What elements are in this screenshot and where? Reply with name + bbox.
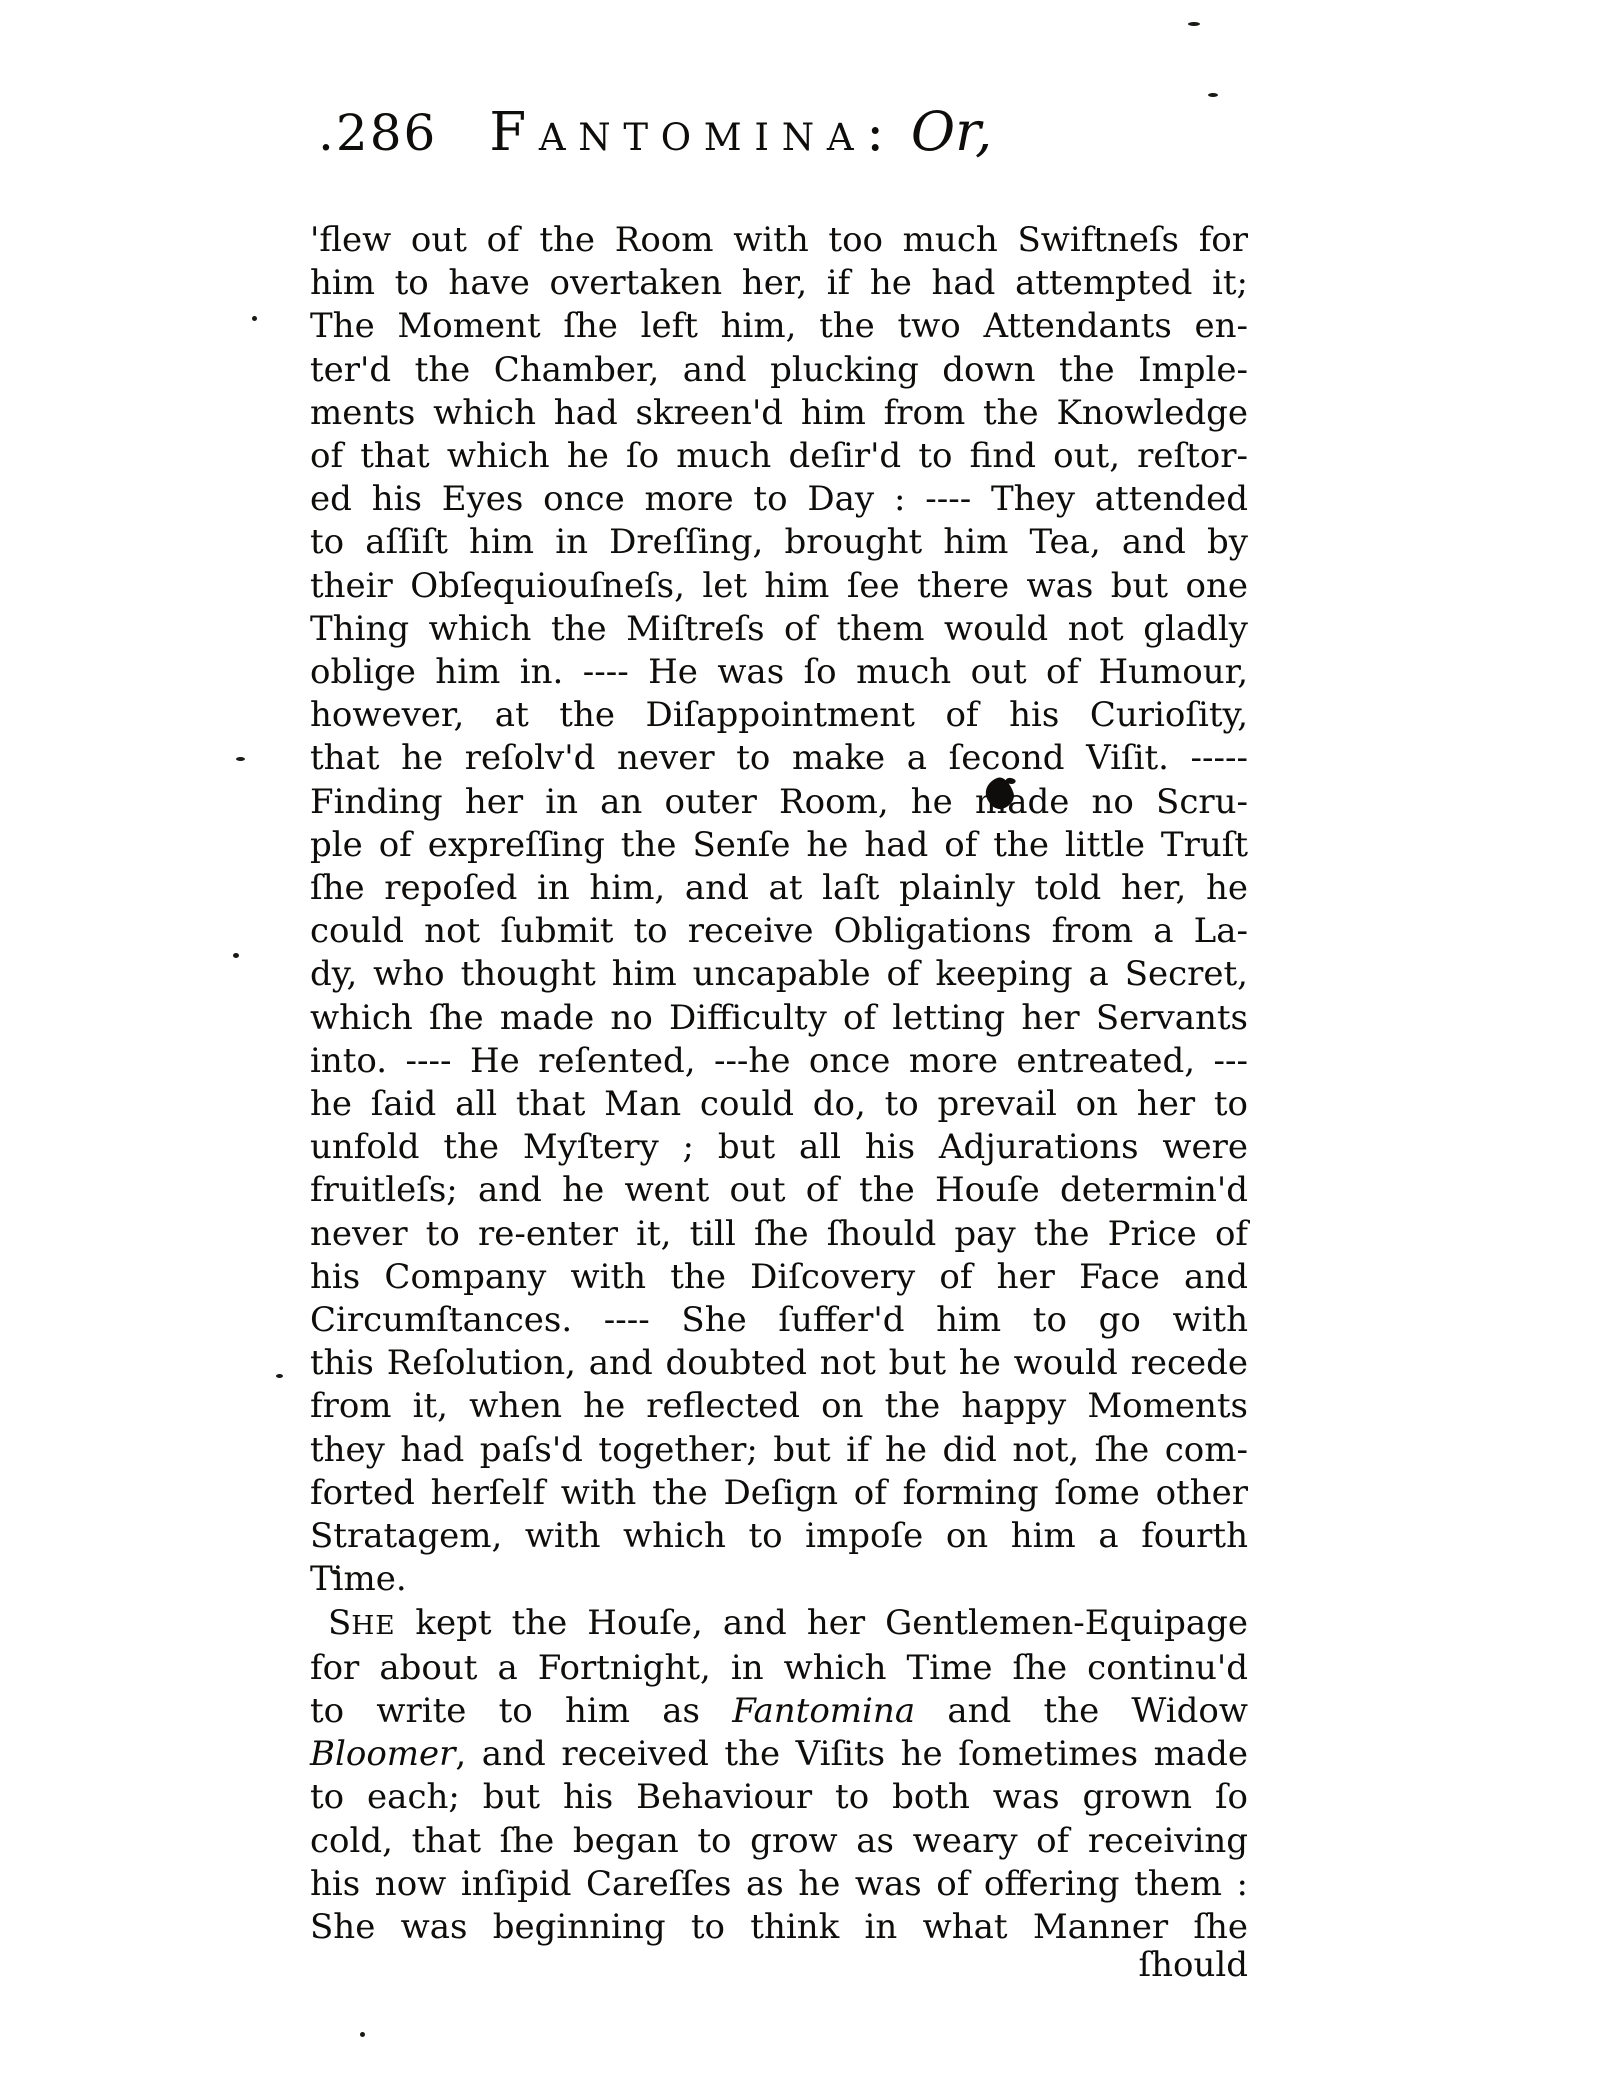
text-line: this Reſolution, and doubted not but he … xyxy=(310,1342,1248,1385)
text-line: they had paſs'd together; but if he did … xyxy=(310,1429,1248,1472)
ink-speck xyxy=(1188,22,1200,26)
ink-speck xyxy=(360,2032,365,2037)
text-line: Thing which the Miſtreſs of them would n… xyxy=(310,608,1248,651)
text-line: The Moment ſhe left him, the two Attenda… xyxy=(310,305,1248,348)
running-title-subtitle: Or, xyxy=(911,100,992,163)
page-text-block: 'flew out of the Room with too much Swif… xyxy=(310,219,1248,1949)
text-line: to aſſiſt him in Dreſſing, brought him T… xyxy=(310,521,1248,564)
text-line: ſhe repoſed in him, and at laſt plainly … xyxy=(310,867,1248,910)
text-line: however, at the Diſappointment of his Cu… xyxy=(310,694,1248,737)
text-line: he ſaid all that Man could do, to prevai… xyxy=(310,1083,1248,1126)
text-line: from it, when he reflected on the happy … xyxy=(310,1385,1248,1428)
page-number: .286 xyxy=(318,104,437,162)
text-line: Bloomer, and received the Viſits he ſome… xyxy=(310,1733,1248,1776)
text-line: could not ſubmit to receive Obligations … xyxy=(310,910,1248,953)
text-line: him to have overtaken her, if he had att… xyxy=(310,262,1248,305)
text-line: forted herſelf with the Deſign of formin… xyxy=(310,1472,1248,1515)
running-head: .286 Fantomina: Or, xyxy=(318,100,992,163)
text-line: oblige him in. ---- He was ſo much out o… xyxy=(310,651,1248,694)
text-line: SHE kept the Houſe, and her Gentlemen-Eq… xyxy=(310,1602,1248,1647)
ink-speck xyxy=(331,1570,339,1574)
text-line: unfold the Myſtery ; but all his Adjurat… xyxy=(310,1126,1248,1169)
text-line: fruitleſs; and he went out of the Houſe … xyxy=(310,1169,1248,1212)
text-line: to write to him as Fantomina and the Wid… xyxy=(310,1690,1248,1733)
running-title: Fantomina: xyxy=(489,102,897,163)
text-line: their Obſequiouſneſs, let him ſee there … xyxy=(310,565,1248,608)
text-line: of that which he ſo much deſir'd to find… xyxy=(310,435,1248,478)
text-line: Time. xyxy=(310,1558,1248,1601)
text-line: his now inſipid Careſſes as he was of of… xyxy=(310,1863,1248,1906)
catchword: ſhould xyxy=(1139,1945,1249,1985)
ink-speck xyxy=(233,953,239,958)
book-page: .286 Fantomina: Or, 'flew out of the Roo… xyxy=(0,0,1615,2090)
text-line: Finding her in an outer Room, he made no… xyxy=(310,781,1248,824)
text-line: 'flew out of the Room with too much Swif… xyxy=(310,219,1248,262)
ink-speck xyxy=(252,316,257,321)
text-line: Circumſtances. ---- She ſuffer'd him to … xyxy=(310,1299,1248,1342)
catchword-row: ſhould xyxy=(310,1945,1248,1985)
text-line: never to re-enter it, till ſhe ſhould pa… xyxy=(310,1213,1248,1256)
text-line: ple of expreſſing the Senſe he had of th… xyxy=(310,824,1248,867)
text-line: for about a Fortnight, in which Time ſhe… xyxy=(310,1647,1248,1690)
ink-speck xyxy=(236,757,245,761)
text-line: dy, who thought him uncapable of keeping… xyxy=(310,953,1248,996)
text-line: cold, that ſhe began to grow as weary of… xyxy=(310,1820,1248,1863)
ink-speck xyxy=(276,1374,283,1378)
text-line: ter'd the Chamber, and plucking down the… xyxy=(310,349,1248,392)
text-line: which ſhe made no Difficulty of letting … xyxy=(310,997,1248,1040)
ink-speck xyxy=(1208,93,1218,97)
text-line: to each; but his Behaviour to both was g… xyxy=(310,1776,1248,1819)
text-line: his Company with the Diſcovery of her Fa… xyxy=(310,1256,1248,1299)
text-line: She was beginning to think in what Manne… xyxy=(310,1906,1248,1949)
text-line: ments which had skreen'd him from the Kn… xyxy=(310,392,1248,435)
text-line: ed his Eyes once more to Day : ---- They… xyxy=(310,478,1248,521)
text-line: that he reſolv'd never to make a ſecond … xyxy=(310,737,1248,780)
text-line: Stratagem, with which to impoſe on him a… xyxy=(310,1515,1248,1558)
text-line: into. ---- He reſented, ---he once more … xyxy=(310,1040,1248,1083)
